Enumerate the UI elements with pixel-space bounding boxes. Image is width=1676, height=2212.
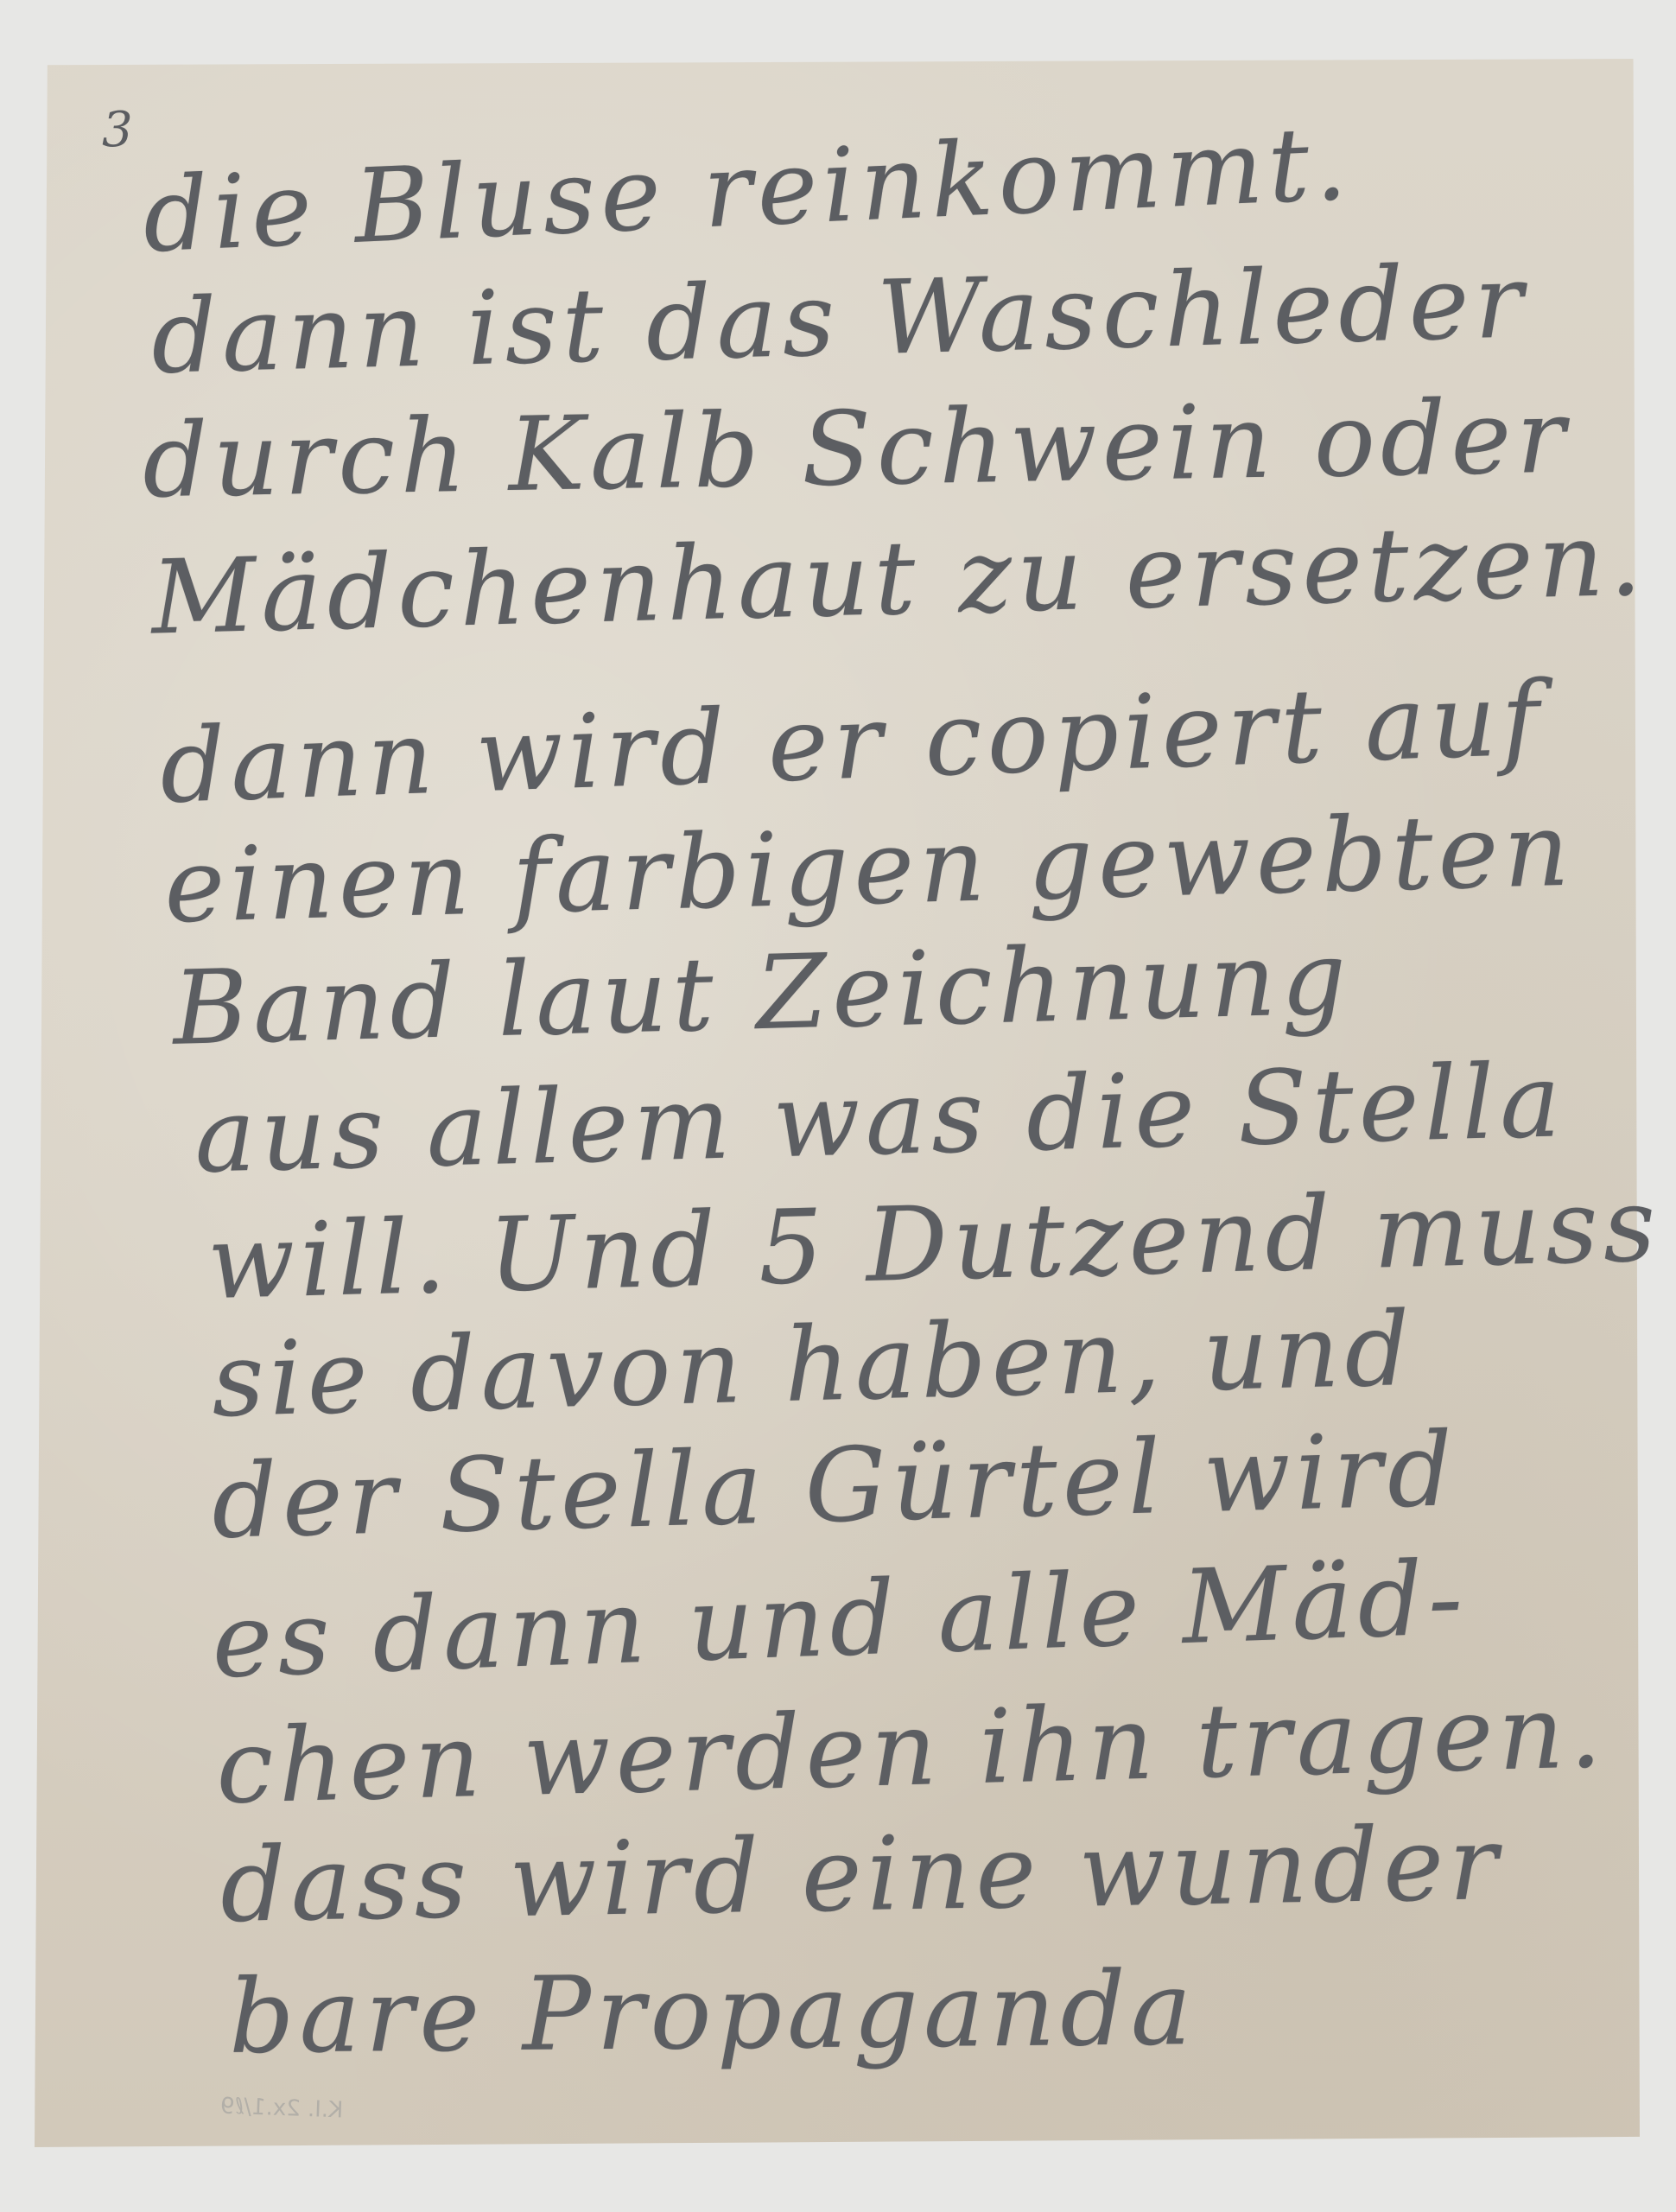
handwritten-line: bare Propaganda xyxy=(228,1948,1197,2076)
handwritten-line: durch Kalb Schwein oder xyxy=(142,377,1571,521)
handwritten-line: dass wird eine wunder xyxy=(219,1803,1504,1945)
page-number: 3 xyxy=(102,102,133,158)
archive-stamp: K.I. 2x.1/ℓ9 xyxy=(220,2094,344,2124)
